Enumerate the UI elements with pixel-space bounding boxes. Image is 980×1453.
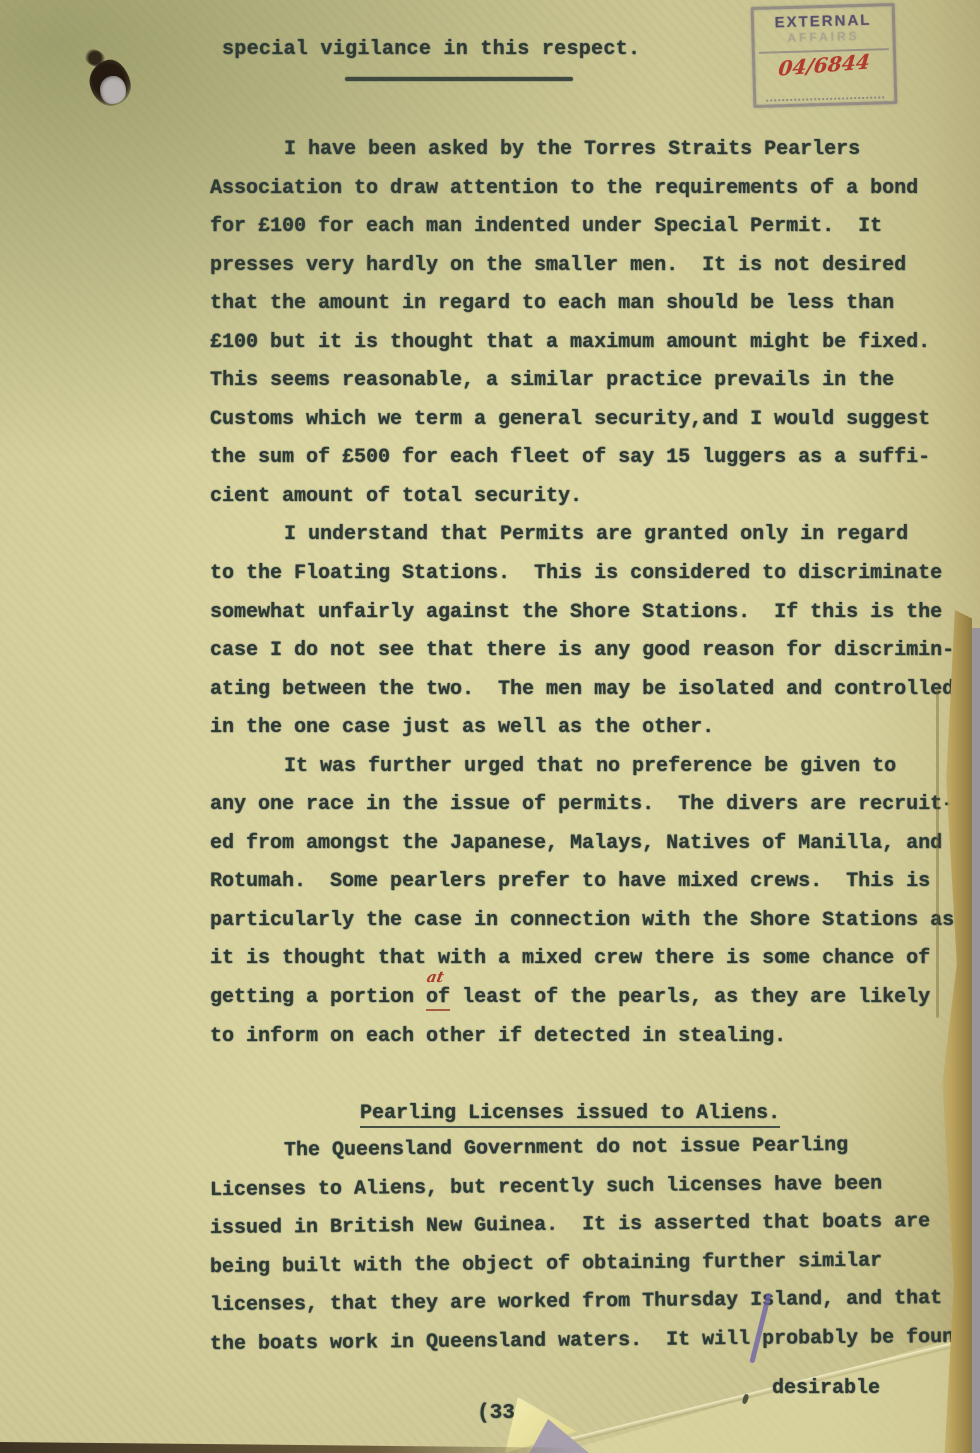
external-affairs-stamp: EXTERNAL AFFAIRS 04/6844	[751, 3, 898, 108]
punch-hole-backing	[100, 76, 126, 104]
document-line: The Queensland Government do not issue P…	[210, 1126, 955, 1172]
torn-edge-shadow	[936, 688, 939, 1018]
document-line: Customs which we term a general security…	[210, 401, 955, 440]
document-line: any one race in the issue of permits. Th…	[210, 786, 955, 825]
document-line: ating between the two. The men may be is…	[210, 671, 955, 710]
document-line: I understand that Permits are granted on…	[210, 516, 955, 555]
document-line: It was further urged that no preference …	[210, 748, 955, 787]
page-bottom-edge	[0, 1440, 575, 1453]
document-line: particularly the case in connection with…	[210, 902, 955, 941]
document-line: for £100 for each man indented under Spe…	[210, 208, 955, 247]
catchword: desirable	[772, 1377, 880, 1400]
document-line: Association to draw attention to the req…	[210, 170, 955, 209]
document-line: case I do not see that there is any good…	[210, 632, 955, 671]
document-line: I have been asked by the Torres Straits …	[210, 131, 955, 170]
document-line: presses very hardly on the smaller men. …	[210, 247, 955, 286]
document-line: the boats work in Queensland waters. It …	[210, 1319, 955, 1365]
document-line: Rotumah. Some pearlers prefer to have mi…	[210, 863, 955, 902]
handwritten-correction: at	[425, 970, 445, 985]
document-line: This seems reasonable, a similar practic…	[210, 362, 955, 401]
scanned-document-page: special vigilance in this respect. EXTER…	[0, 0, 980, 1453]
header-rule	[345, 77, 573, 81]
document-line: £100 but it is thought that a maximum am…	[210, 324, 955, 363]
corrected-word: ofat	[426, 986, 450, 1011]
stamp-text-affairs: AFFAIRS	[754, 28, 892, 46]
document-line: somewhat unfairly against the Shore Stat…	[210, 594, 955, 633]
document-line: cient amount of total security.	[210, 478, 955, 517]
document-line: ed from amongst the Japanese, Malays, Na…	[210, 825, 955, 864]
document-body: I have been asked by the Torres Straits …	[210, 131, 955, 1365]
document-line: in the one case just as well as the othe…	[210, 709, 955, 748]
document-line: to the Floating Stations. This is consid…	[210, 555, 955, 594]
document-line: getting a portion ofat least of the pear…	[210, 979, 955, 1018]
header-line: special vigilance in this respect.	[222, 38, 640, 61]
document-line: that the amount in regard to each man sh…	[210, 285, 955, 324]
document-line: it is thought that with a mixed crew the…	[210, 940, 955, 979]
punch-hole	[84, 50, 136, 110]
document-line: the sum of £500 for each fleet of say 15…	[210, 439, 955, 478]
stamp-dotted-line	[766, 96, 885, 101]
document-line: to inform on each other if detected in s…	[210, 1018, 955, 1057]
document-line	[210, 1056, 955, 1095]
